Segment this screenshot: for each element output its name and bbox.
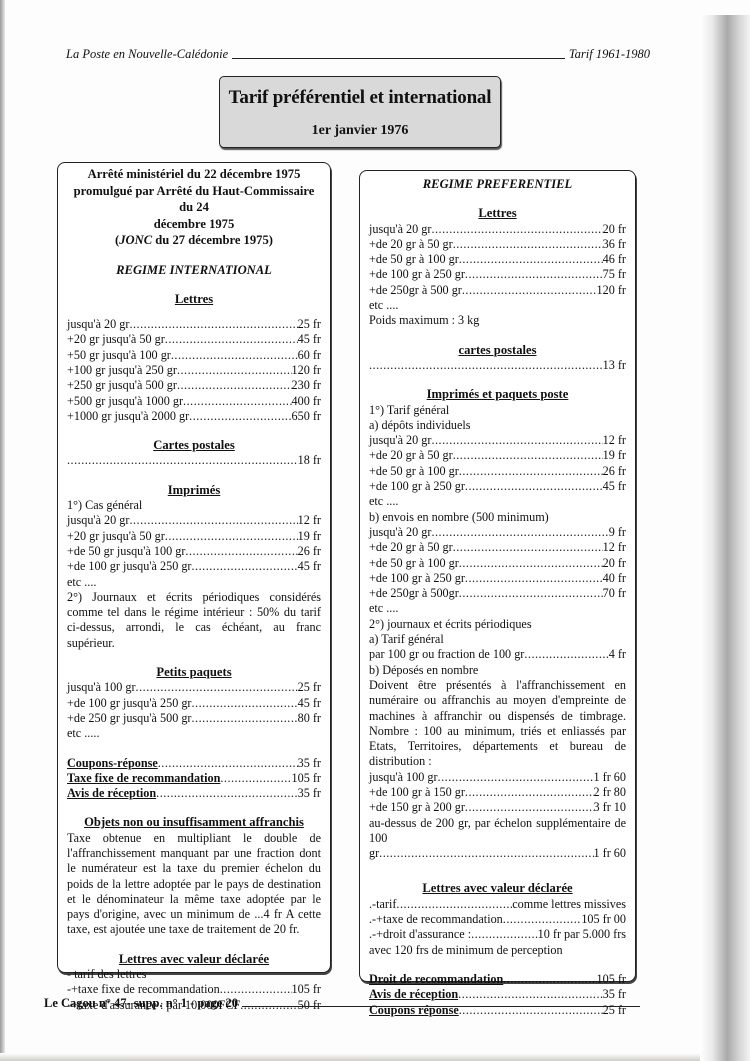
decree-line: décembre 1975 — [67, 216, 321, 233]
rate-label: jusqu'à 20 gr — [369, 525, 431, 540]
rate-value: 45 fr — [603, 479, 626, 494]
rate-value: 12 fr — [603, 433, 626, 448]
rate-label: jusqu'à 100 gr — [369, 770, 438, 785]
rate-row: +de 250gr à 500 gr120 fr — [369, 283, 626, 298]
regime-heading: REGIME INTERNATIONAL — [67, 263, 321, 278]
footer-reference: Le Cagou n° 47- supp. n° 1 - page 20 — [44, 996, 238, 1011]
rate-label: Droit de recommandation — [369, 972, 503, 987]
rate-row: +de 100 gr à 150 gr2 fr 80 — [369, 785, 626, 800]
rate-label: jusqu'à 100 gr — [67, 680, 136, 695]
leader-dots — [129, 513, 297, 528]
rate-value: 230 fr — [292, 378, 321, 393]
rate-row: gr1 fr 60 — [369, 846, 626, 861]
etc-note: etc .... — [369, 298, 626, 313]
rate-value: 120 fr — [292, 363, 321, 378]
rate-label: +de 250gr à 500gr — [369, 586, 459, 601]
leader-dots — [459, 556, 603, 571]
leader-dots — [165, 529, 298, 544]
rate-value: 80 fr — [298, 711, 321, 726]
etc-note: etc .... — [369, 601, 626, 616]
rate-row: +250 gr jusqu'à 500 gr230 fr — [67, 378, 321, 393]
rate-row: +1000 gr jusqu'à 2000 gr650 fr — [67, 409, 321, 424]
running-header: La Poste en Nouvelle-Calédonie Tarif 196… — [66, 46, 650, 62]
leader-dots — [189, 409, 291, 424]
leader-dots — [220, 771, 291, 786]
rate-row: Taxe fixe de recommandation105 fr — [67, 771, 321, 786]
rate-value: comme lettres missives — [512, 897, 626, 912]
rate-value: 40 fr — [603, 571, 626, 586]
rate-row: +de 100 gr jusqu'à 250 gr45 fr — [67, 696, 321, 711]
section-heading-petits-paquets: Petits paquets — [67, 665, 321, 680]
leader-dots — [396, 897, 512, 912]
rate-value: 75 fr — [603, 267, 626, 282]
section-heading-lettres: Lettres — [369, 206, 626, 221]
rate-row: jusqu'à 20 gr12 fr — [369, 433, 626, 448]
leader-dots — [177, 378, 292, 393]
case-general: 1°) Cas général — [67, 498, 321, 513]
rate-label: +de 100 gr à 150 gr — [369, 785, 465, 800]
rate-row: jusqu'à 100 gr1 fr 60 — [369, 770, 626, 785]
rate-row: par 100 gr ou fraction de 100 gr4 fr — [369, 647, 626, 662]
rate-label: +de 50 gr à 100 gr — [369, 556, 459, 571]
rate-row: +de 150 gr à 200 gr3 fr 10 — [369, 800, 626, 815]
decree-reference: Arrêté ministériel du 22 décembre 1975 p… — [67, 166, 321, 249]
rate-label: .-+droit d'assurance : — [369, 927, 471, 942]
page-title: Tarif préférentiel et international — [220, 87, 500, 109]
rate-row: +de 20 gr à 50 gr19 fr — [369, 448, 626, 463]
section-heading-valeur-declaree: Lettres avec valeur déclarée — [369, 881, 626, 896]
rate-label: +20 gr jusqu'à 50 gr — [67, 529, 165, 544]
leader-dots — [171, 348, 298, 363]
rate-value: 120 fr — [597, 283, 626, 298]
leader-dots — [67, 453, 298, 468]
rate-value: 19 fr — [603, 448, 626, 463]
rate-value: 400 fr — [292, 394, 321, 409]
section-heading-non-affranchis: Objets non ou insuffisamment affranchis — [67, 815, 321, 830]
rate-label: +de 100 gr à 250 gr — [369, 267, 465, 282]
leader-dots — [192, 559, 298, 574]
rate-label: +20 gr jusqu'à 50 gr — [67, 332, 165, 347]
rate-row: +de 250 gr jusqu'à 500 gr80 fr — [67, 711, 321, 726]
leader-dots — [177, 363, 292, 378]
rate-label: Avis de réception — [67, 786, 156, 801]
rate-label: +500 gr jusqu'à 1000 gr — [67, 394, 183, 409]
leader-dots — [503, 912, 582, 927]
section-heading-imprimes: Imprimés — [67, 483, 321, 498]
rate-list-lettres: jusqu'à 20 gr25 fr+20 gr jusqu'à 50 gr45… — [67, 317, 321, 424]
periodicals-note: 2°) Journaux et écrits périodiques consi… — [67, 590, 321, 651]
rate-row: +de 100 gr à 250 gr75 fr — [369, 267, 626, 282]
regime-heading: REGIME PREFERENTIEL — [369, 177, 626, 192]
rate-value: 19 fr — [298, 529, 321, 544]
header-publication: La Poste en Nouvelle-Calédonie — [66, 47, 228, 62]
rate-value: 3 fr 10 — [594, 800, 627, 815]
tarif-general: 1°) Tarif général — [369, 403, 626, 418]
rate-label: +de 150 gr à 200 gr — [369, 800, 465, 815]
max-weight: Poids maximum : 3 kg — [369, 313, 626, 328]
rate-row: +de 20 gr à 50 gr36 fr — [369, 237, 626, 252]
rate-list-petits-paquets: jusqu'à 100 gr25 fr+de 100 gr jusqu'à 25… — [67, 680, 321, 726]
rate-row: +50 gr jusqu'à 100 gr60 fr — [67, 348, 321, 363]
journaux-deposes: b) Déposés en nombre — [369, 663, 626, 678]
rate-row: +de 50 gr à 100 gr20 fr — [369, 556, 626, 571]
leader-dots — [524, 647, 608, 662]
rate-value: 105 fr 00 — [581, 912, 626, 927]
rate-value: 650 fr — [292, 409, 321, 424]
depots-individuels: a) dépôts individuels — [369, 418, 626, 433]
rate-value: 18 fr — [298, 453, 321, 468]
journaux-heading: 2°) journaux et écrits périodiques — [369, 617, 626, 632]
leader-dots — [453, 237, 603, 252]
leader-dots — [453, 540, 603, 555]
rate-value: 26 fr — [298, 544, 321, 559]
rate-row: jusqu'à 100 gr25 fr — [67, 680, 321, 695]
header-rule — [232, 58, 565, 59]
page-footer: Le Cagou n° 47- supp. n° 1 - page 20 — [44, 996, 640, 1011]
rate-row: jusqu'à 20 gr12 fr — [67, 513, 321, 528]
rate-value: 70 fr — [603, 586, 626, 601]
rate-value: 20 fr — [603, 222, 626, 237]
tarif-line: - tarif des lettres — [67, 967, 321, 982]
rate-list-extras: Coupons-réponse35 frTaxe fixe de recomma… — [67, 756, 321, 802]
rate-value: 13 fr — [603, 358, 626, 373]
rate-value: 4 fr — [609, 647, 626, 662]
rate-row: +de 250gr à 500gr70 fr — [369, 586, 626, 601]
leader-dots — [431, 222, 602, 237]
rate-value: 45 fr — [298, 332, 321, 347]
rate-list-valeur-declaree: .-tarifcomme lettres missives.-+taxe de … — [369, 897, 626, 943]
leader-dots — [129, 317, 297, 332]
journaux-tarif-general: a) Tarif général — [369, 632, 626, 647]
rate-label: Taxe fixe de recommandation — [67, 771, 220, 786]
etc-note: etc .... — [67, 575, 321, 590]
minimum-perception: avec 120 frs de minimum de perception — [369, 943, 626, 958]
rate-row: +de 50 gr jusqu'à 100 gr26 fr — [67, 544, 321, 559]
rate-label: .-tarif — [369, 897, 396, 912]
rate-label: +de 100 gr à 250 gr — [369, 571, 465, 586]
rate-label: jusqu'à 20 gr — [369, 433, 431, 448]
rate-row: +20 gr jusqu'à 50 gr19 fr — [67, 529, 321, 544]
rate-label: Coupons-réponse — [67, 756, 158, 771]
scan-shadow-left — [0, 0, 5, 1061]
rate-label: jusqu'à 20 gr — [369, 222, 431, 237]
leader-dots — [459, 464, 603, 479]
rate-row: +500 gr jusqu'à 1000 gr400 fr — [67, 394, 321, 409]
leader-dots — [465, 479, 603, 494]
rate-label: jusqu'à 20 gr — [67, 513, 129, 528]
leader-dots — [136, 680, 298, 695]
rate-row: +de 100 gr jusqu'à 250 gr45 fr — [67, 559, 321, 574]
rate-list-envois: jusqu'à 20 gr9 fr+de 20 gr à 50 gr12 fr+… — [369, 525, 626, 601]
rate-value: 9 fr — [609, 525, 626, 540]
etc-note: etc .... — [369, 494, 626, 509]
rate-row: +100 gr jusqu'à 250 gr120 fr — [67, 363, 321, 378]
leader-dots — [185, 544, 297, 559]
leader-dots — [183, 394, 292, 409]
leader-dots — [459, 252, 603, 267]
footer-rule — [242, 1006, 640, 1007]
au-dessus-note: au-dessus de 200 gr, par échelon supplém… — [369, 816, 626, 847]
rate-value: 105 fr — [292, 771, 321, 786]
rate-row: Coupons-réponse35 fr — [67, 756, 321, 771]
rate-value: 12 fr — [603, 540, 626, 555]
leader-dots — [503, 972, 596, 987]
leader-dots — [462, 283, 597, 298]
section-heading-cartes-postales: Cartes postales — [67, 438, 321, 453]
rate-list-journaux: jusqu'à 100 gr1 fr 60+de 100 gr à 150 gr… — [369, 770, 626, 816]
rate-row: +de 20 gr à 50 gr12 fr — [369, 540, 626, 555]
rate-label: par 100 gr ou fraction de 100 gr — [369, 647, 524, 662]
decree-line: Arrêté ministériel du 22 décembre 1975 — [67, 166, 321, 183]
international-regime-panel: Arrêté ministériel du 22 décembre 1975 p… — [57, 162, 331, 973]
rate-label: .-+taxe de recommandation — [369, 912, 503, 927]
leader-dots — [165, 332, 298, 347]
rate-row: jusqu'à 20 gr9 fr — [369, 525, 626, 540]
leader-dots — [158, 756, 298, 771]
rate-label: +de 20 gr à 50 gr — [369, 448, 453, 463]
rate-row: Avis de réception35 fr — [67, 786, 321, 801]
rate-list-lettres: jusqu'à 20 gr20 fr+de 20 gr à 50 gr36 fr… — [369, 222, 626, 298]
header-section: Tarif 1961-1980 — [569, 47, 650, 62]
non-affranchis-text: Taxe obtenue en multipliant le double de… — [67, 831, 321, 938]
leader-dots — [156, 786, 298, 801]
rate-value: 10 fr par 5.000 frs — [538, 927, 626, 942]
title-box: Tarif préférentiel et international 1er … — [219, 76, 501, 148]
leader-dots — [192, 711, 298, 726]
etc-note: etc ..... — [67, 726, 321, 741]
leader-dots — [379, 846, 593, 861]
jonc-label: JONC — [119, 233, 152, 247]
rate-row: .-tarifcomme lettres missives — [369, 897, 626, 912]
section-heading-valeur-declaree: Lettres avec valeur déclarée — [67, 952, 321, 967]
rate-label: +de 50 gr jusqu'à 100 gr — [67, 544, 185, 559]
rate-row: Droit de recommandation105 fr — [369, 972, 626, 987]
leader-dots — [453, 448, 603, 463]
effective-date: 1er janvier 1976 — [220, 123, 500, 139]
leader-dots — [465, 571, 603, 586]
rate-label: +50 gr jusqu'à 100 gr — [67, 348, 171, 363]
rate-value: 26 fr — [603, 464, 626, 479]
jonc-line: (JONC du 27 décembre 1975) — [67, 232, 321, 249]
rate-label: +de 20 gr à 50 gr — [369, 540, 453, 555]
rate-row: jusqu'à 20 gr25 fr — [67, 317, 321, 332]
rate-row: +de 100 gr à 250 gr45 fr — [369, 479, 626, 494]
rate-row: +20 gr jusqu'à 50 gr45 fr — [67, 332, 321, 347]
leader-dots — [431, 433, 602, 448]
rate-label: jusqu'à 20 gr — [67, 317, 129, 332]
leader-dots — [465, 785, 594, 800]
leader-dots — [465, 800, 594, 815]
rate-row: +de 50 gr à 100 gr46 fr — [369, 252, 626, 267]
rate-value: 35 fr — [298, 756, 321, 771]
rate-value: 46 fr — [603, 252, 626, 267]
leader-dots — [465, 267, 603, 282]
rate-row: 18 fr — [67, 453, 321, 468]
decree-line: promulgué par Arrêté du Haut-Commissaire… — [67, 183, 321, 216]
leader-dots — [459, 586, 603, 601]
leader-dots — [431, 525, 608, 540]
rate-label: +de 20 gr à 50 gr — [369, 237, 453, 252]
rate-label: +de 250gr à 500 gr — [369, 283, 462, 298]
rate-value: 45 fr — [298, 559, 321, 574]
rate-row: .-+taxe de recommandation105 fr 00 — [369, 912, 626, 927]
leader-dots — [438, 770, 594, 785]
jonc-date: du 27 décembre 1975) — [152, 233, 273, 247]
rate-value: 45 fr — [298, 696, 321, 711]
rate-row: +de 50 gr à 100 gr26 fr — [369, 464, 626, 479]
rate-label: +de 50 gr à 100 gr — [369, 464, 459, 479]
rate-value: 1 fr 60 — [594, 770, 627, 785]
rate-row: 13 fr — [369, 358, 626, 373]
envois-en-nombre: b) envois en nombre (500 minimum) — [369, 510, 626, 525]
rate-value: 12 fr — [298, 513, 321, 528]
rate-label: +1000 gr jusqu'à 2000 gr — [67, 409, 189, 424]
rate-label: +de 250 gr jusqu'à 500 gr — [67, 711, 192, 726]
rate-row: +de 100 gr à 250 gr40 fr — [369, 571, 626, 586]
rate-label: gr — [369, 846, 379, 861]
rate-value: 105 fr — [597, 972, 626, 987]
rate-value: 25 fr — [298, 317, 321, 332]
rate-value: 36 fr — [603, 237, 626, 252]
rate-row: .-+droit d'assurance :10 fr par 5.000 fr… — [369, 927, 626, 942]
leader-dots — [192, 696, 298, 711]
rate-row: jusqu'à 20 gr20 fr — [369, 222, 626, 237]
rate-list-depots: jusqu'à 20 gr12 fr+de 20 gr à 50 gr19 fr… — [369, 433, 626, 494]
rate-value: 1 fr 60 — [594, 846, 627, 861]
preferential-regime-panel: REGIME PREFERENTIEL Lettres jusqu'à 20 g… — [359, 170, 636, 982]
rate-value: 60 fr — [298, 348, 321, 363]
section-heading-cartes-postales: cartes postales — [369, 343, 626, 358]
rate-value: 20 fr — [603, 556, 626, 571]
section-heading-lettres: Lettres — [67, 292, 321, 307]
rate-value: 2 fr 80 — [594, 785, 627, 800]
rate-value: 25 fr — [298, 680, 321, 695]
rate-label: +de 100 gr jusqu'à 250 gr — [67, 559, 192, 574]
journaux-deposes-text: Doivent être présentés à l'affranchissem… — [369, 678, 626, 770]
section-heading-imprimes-paquets: Imprimés et paquets poste — [369, 387, 626, 402]
leader-dots — [471, 927, 538, 942]
rate-label: +de 100 gr à 250 gr — [369, 479, 465, 494]
scan-shadow-bottom — [0, 1053, 700, 1061]
rate-label: +de 100 gr jusqu'à 250 gr — [67, 696, 192, 711]
rate-label: +250 gr jusqu'à 500 gr — [67, 378, 177, 393]
leader-dots — [369, 358, 603, 373]
rate-label: +de 50 gr à 100 gr — [369, 252, 459, 267]
rate-value: 35 fr — [298, 786, 321, 801]
rate-label: +100 gr jusqu'à 250 gr — [67, 363, 177, 378]
rate-list-imprimes: jusqu'à 20 gr12 fr+20 gr jusqu'à 50 gr19… — [67, 513, 321, 574]
scan-shadow-right — [700, 15, 750, 1061]
